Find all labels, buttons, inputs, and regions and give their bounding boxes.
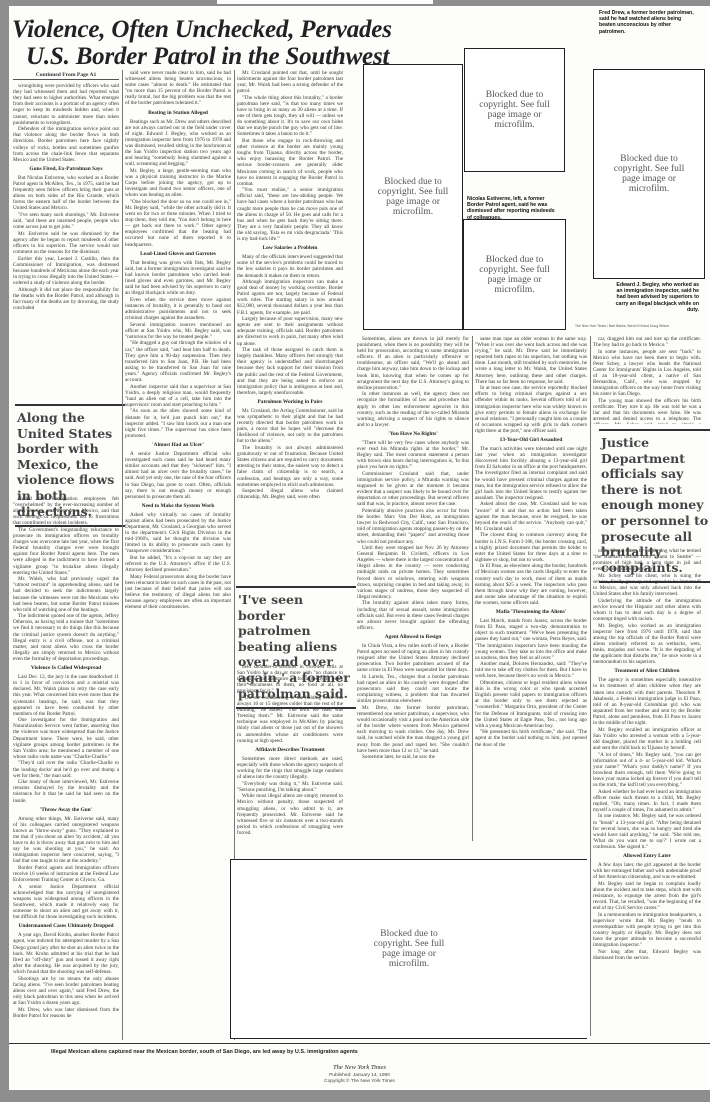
paragraph: "I've seen many such shootings," Mr. Est… [13,212,119,230]
subhead: Affidavit Describes Treatment [237,747,343,753]
paragraph: Asked whether he had ever heard an immig… [593,789,701,813]
paragraph: Even when the service does move against … [125,297,231,321]
paragraph: One investigator for the Immigration and… [13,717,119,760]
column-divider [590,336,591,1036]
paragraph: "As soon as the alien showed some kind o… [125,408,231,438]
paragraph: "One blocked the door so no one could se… [125,199,231,248]
continued-from-label: Continued From Page A1 [13,72,119,80]
paragraph: Among other things, Mr. Estiverne said, … [13,816,119,865]
photo-credit: The New York Times / Bart Bakes, Bernd E… [575,324,705,328]
caption-drew: Fred Drew, a former border patrolman, sa… [599,10,699,35]
column-4: Sometimes, aliens are thrown in jail mer… [357,336,469,841]
subhead: Lead-Lined Gloves and Garrotes [125,251,231,257]
paragraph: Beatings such as Mr. Drew and others des… [125,119,231,168]
paragraph: The Government's longstanding reluctance… [13,527,119,576]
paragraph: Another maid, Dolores Hernandez, said: "… [475,661,587,679]
paragraph: Sometime later, he said, he saw the [357,754,469,760]
subhead: Need to Make the System Work [125,503,231,509]
paragraph: "He presented his birth certificate," sh… [475,729,587,747]
caption-begley: Edward J. Begley, who worked as an immig… [609,282,699,313]
paragraph: In a memorandum to immigration headquart… [593,912,701,949]
paragraph: Commissioner Crosland said that, under i… [357,471,469,508]
paragraph: Last Dec. 12, the jury in the case deadl… [13,674,119,717]
column-6-top: car, dragged him out and tore up the cer… [593,336,701,424]
paragraph: Mr. Drew, who was later dismissed from t… [13,1007,119,1019]
headline-line-2: U.S. Border Patrol in the Southwest [12,43,392,70]
paragraph: A few days later, the girl appeared at t… [593,862,701,880]
paragraph: A senior Justice Department official ack… [13,884,119,921]
viewer-top-tab [217,0,433,4]
paragraph: "They'd call over the radio 'Charlie-Cha… [13,760,119,778]
paragraph: cluded that immigration employees felt "… [13,496,119,526]
copyright-blocked-notice: Blocked due to copyright. See full page … [364,929,454,969]
paragraph: same man rape an older woman in the same… [475,336,587,385]
paragraph: The indictment quoted one of the agents,… [13,613,119,662]
paragraph: In one instance, Mr. Begley said, he was… [593,813,701,850]
photo-blocked-begley: Blocked due to copyright. See full page … [593,69,705,279]
paragraph: Asked about the case, Mr. Crosland said … [475,501,587,531]
paragraph: Largely because of poor supervision, man… [237,316,343,346]
paragraph: The closest thing to common currency alo… [475,532,587,562]
paragraph: Like many of those interviewed, Mr. Esti… [13,779,119,803]
subhead: 13-Year-Old Girl Assaulted [475,437,587,443]
paragraph: Earlier this year, Leonel J. Castillo, t… [13,256,119,286]
paragraph: A senior Justice Department official who… [125,451,231,500]
paragraph: Several immigration sources mentioned an… [125,322,231,340]
paragraph: In at least one case, the service report… [475,385,587,434]
article-headline: Violence, Often Unchecked, Pervades U.S.… [12,16,392,70]
paragraph: Mr. Crosland, the Acting Commissioner, s… [237,408,343,445]
nyt-masthead: The New York Times [9,1064,710,1071]
photo-blocked-drew: Blocked due to copyright. See full page … [463,219,566,330]
subhead: Mafia 'Threatening the Aliens' [475,609,587,615]
paragraph: The agency is sometimes especially insen… [593,677,701,726]
paragraph: "He dragged a guy out through the window… [125,340,231,383]
paragraph: The task of those assigned to catch them… [237,347,343,396]
column-1-bottom: cluded that immigration employees felt "… [13,496,119,1046]
column-2: said were never made clear to him, said … [125,70,231,1040]
paragraph: Mr. Estiverne said he was dismissed by t… [13,231,119,255]
subhead: 'Throw Away the Gun' [13,807,119,813]
paragraph: of his illegal status by employing what … [593,548,701,572]
column-divider [122,70,123,1040]
paragraph: Asked why virtually no cases of brutalit… [125,512,231,555]
paragraph: That beating was given with fists, Mr. B… [125,260,231,297]
column-3-bottom: held shoulder-to-shoulder in crowded cel… [237,664,343,854]
paragraph: In other instances as well, the agency d… [357,391,469,428]
paragraph: Until they were stopped last Nov. 26 by … [357,545,469,600]
copyright-blocked-notice: Blocked due to copyright. See full page … [604,154,694,194]
copyright-blocked-notice: Blocked due to copyright. See full page … [368,177,458,217]
subhead: Treatment of Alien Children [593,668,701,674]
paragraph: Although it did not place the responsibi… [13,287,119,311]
subhead: Beating in Station Alleged [125,110,231,116]
caption-estiverne: Nicolas Estiverne, left, a former Border… [467,196,557,221]
headline-line-1: Violence, Often Unchecked, Pervades [12,16,392,43]
bottom-caption-rule [9,1043,710,1044]
paragraph: The brutality is not always administered… [237,445,343,488]
paragraph: In Chula Vista, a few miles north of her… [357,643,469,673]
copyright-blocked-notice: Blocked due to copyright. See full page … [470,255,560,295]
column-6-bottom: of his illegal status by employing what … [593,548,701,1040]
paragraph: Mr. Begley recalled an immigration offic… [593,727,701,751]
paragraph: Last March, maids from Juarez, across th… [475,618,587,661]
subhead: Low Salaries a Problem [237,245,343,251]
subhead: Guns Fired, Ex-Patrolman Says [13,166,119,172]
paragraph: Oftentimes, citizens or legal resident a… [475,680,587,729]
photo-blocked-estiverne: Blocked due to copyright. See full page … [464,48,565,172]
subhead: Agent Allowed to Resign [357,634,469,640]
subhead: 'Almost Had an Ulcer' [125,442,231,448]
paragraph: Defenders of the immigration service poi… [13,126,119,163]
subhead: 'You Have No Rights' [357,431,469,437]
paragraph: held shoulder-to-shoulder in crowded cel… [237,664,343,694]
paragraph: Potentially abusive practices also occur… [357,508,469,545]
paragraph: Suspected illegal aliens who claimed cit… [237,488,343,500]
paragraph: The brutality against aliens takes many … [357,600,469,630]
column-5: same man rape an older woman in the same… [475,336,587,841]
newspaper-page: Violence, Often Unchecked, Pervades U.S.… [9,6,710,1090]
paragraph: wrongdoing were provided by officers who… [13,83,119,126]
paragraph: Mr. Begley, who worked as an immigration… [593,623,701,666]
paragraph: said were never made clear to him, said … [125,70,231,107]
paragraph: "There will be very few cases where anyb… [357,440,469,470]
paragraph: Mr. Begley, a large, gentle-seeming man … [125,168,231,198]
paragraph: But those who engage in rock-throwing an… [237,138,343,187]
paragraph: Shootings are by no means the only abuse… [13,976,119,1006]
paragraph: Underlying the attitude of the immigrati… [593,598,701,622]
subhead: Violence Is Called Widespread [13,665,119,671]
paragraph: "A lot of times," Mr. Begley said, "you … [593,752,701,789]
paragraph: In Laredo, Tex., charges that a border p… [357,674,469,704]
photo-blocked-large-left: Blocked due to copyright. See full page … [363,64,463,330]
paragraph: The young man showed the officers his bi… [593,398,701,424]
paragraph: Although immigration inspectors can make… [237,279,343,316]
column-divider [472,336,473,841]
subhead: Undermanned Cases Ultimately Dropped [13,923,119,929]
paragraph: Mr. Begley said he began to complain lou… [593,881,701,911]
column-3-top: Mr. Crosland pointed out that, until he … [237,70,343,575]
paragraph: Not long after that, Edward Begley was d… [593,949,701,961]
paragraph: "The whole thing about this brutality," … [237,95,343,138]
paragraph: But Nicolas Estiverne, who worked as a B… [13,175,119,212]
paragraph: Sometimes, aliens are thrown in jail mer… [357,336,469,391]
paragraph: Mr. Drew, the former border patrolman, r… [357,705,469,754]
paragraph: Border Patrol agents and Immigration off… [13,865,119,883]
subhead: Patrolmen Working in Pairs [237,399,343,405]
paragraph: Mr. Crosland pointed out that, until he … [237,70,343,94]
paragraph: "You must realize," a senior immigration… [237,187,343,242]
copyright-blocked-notice: Blocked due to copyright. See full page … [470,90,560,130]
copyright-notice: Copyright © The New York Times [9,1079,710,1084]
paragraph: Mr. Walsh, who had previously urged the … [13,576,119,613]
paragraph: "Everybody was doing it," Mr. Estiverne … [237,781,343,793]
subhead: Allowed Entry Later [593,853,701,859]
published-date: Published: January 14, 1980 [9,1073,710,1078]
paragraph: The man's activities were tolerated unti… [475,446,587,501]
paragraph: Sometimes more direct methods are used, … [237,756,343,780]
paragraph: Many Federal prosecutors along the borde… [125,574,231,611]
paragraph: In some instances, people are sent "back… [593,349,701,398]
paragraph: In El Paso, as elsewhere along the borde… [475,563,587,606]
paragraph: "The air conditioning in the holding cel… [237,695,343,744]
paragraph: Another inspector said that a supervisor… [125,384,231,408]
caption-bottom-photo: Illegal Mexican aliens captured near the… [51,1049,358,1055]
paragraph: car, dragged him out and tore up the cer… [593,336,701,348]
paragraph: But he added, "It's a cop-out to say the… [125,555,231,573]
paragraph: While most illegal aliens are simply ret… [237,793,343,836]
viewer-bottom-bar [0,1090,710,1102]
photo-blocked-bottom-aliens: Blocked due to copyright. See full page … [230,859,587,1039]
column-1-top: Continued From Page A1 wrongdoing were p… [13,70,119,400]
paragraph: Many of the officials interviewed sugges… [237,254,343,278]
paragraph: A year ago, David Krohn, another Border … [13,932,119,975]
paragraph: Mr. Schey said his client, who is suing … [593,573,701,597]
viewer-left-margin [0,0,9,1102]
